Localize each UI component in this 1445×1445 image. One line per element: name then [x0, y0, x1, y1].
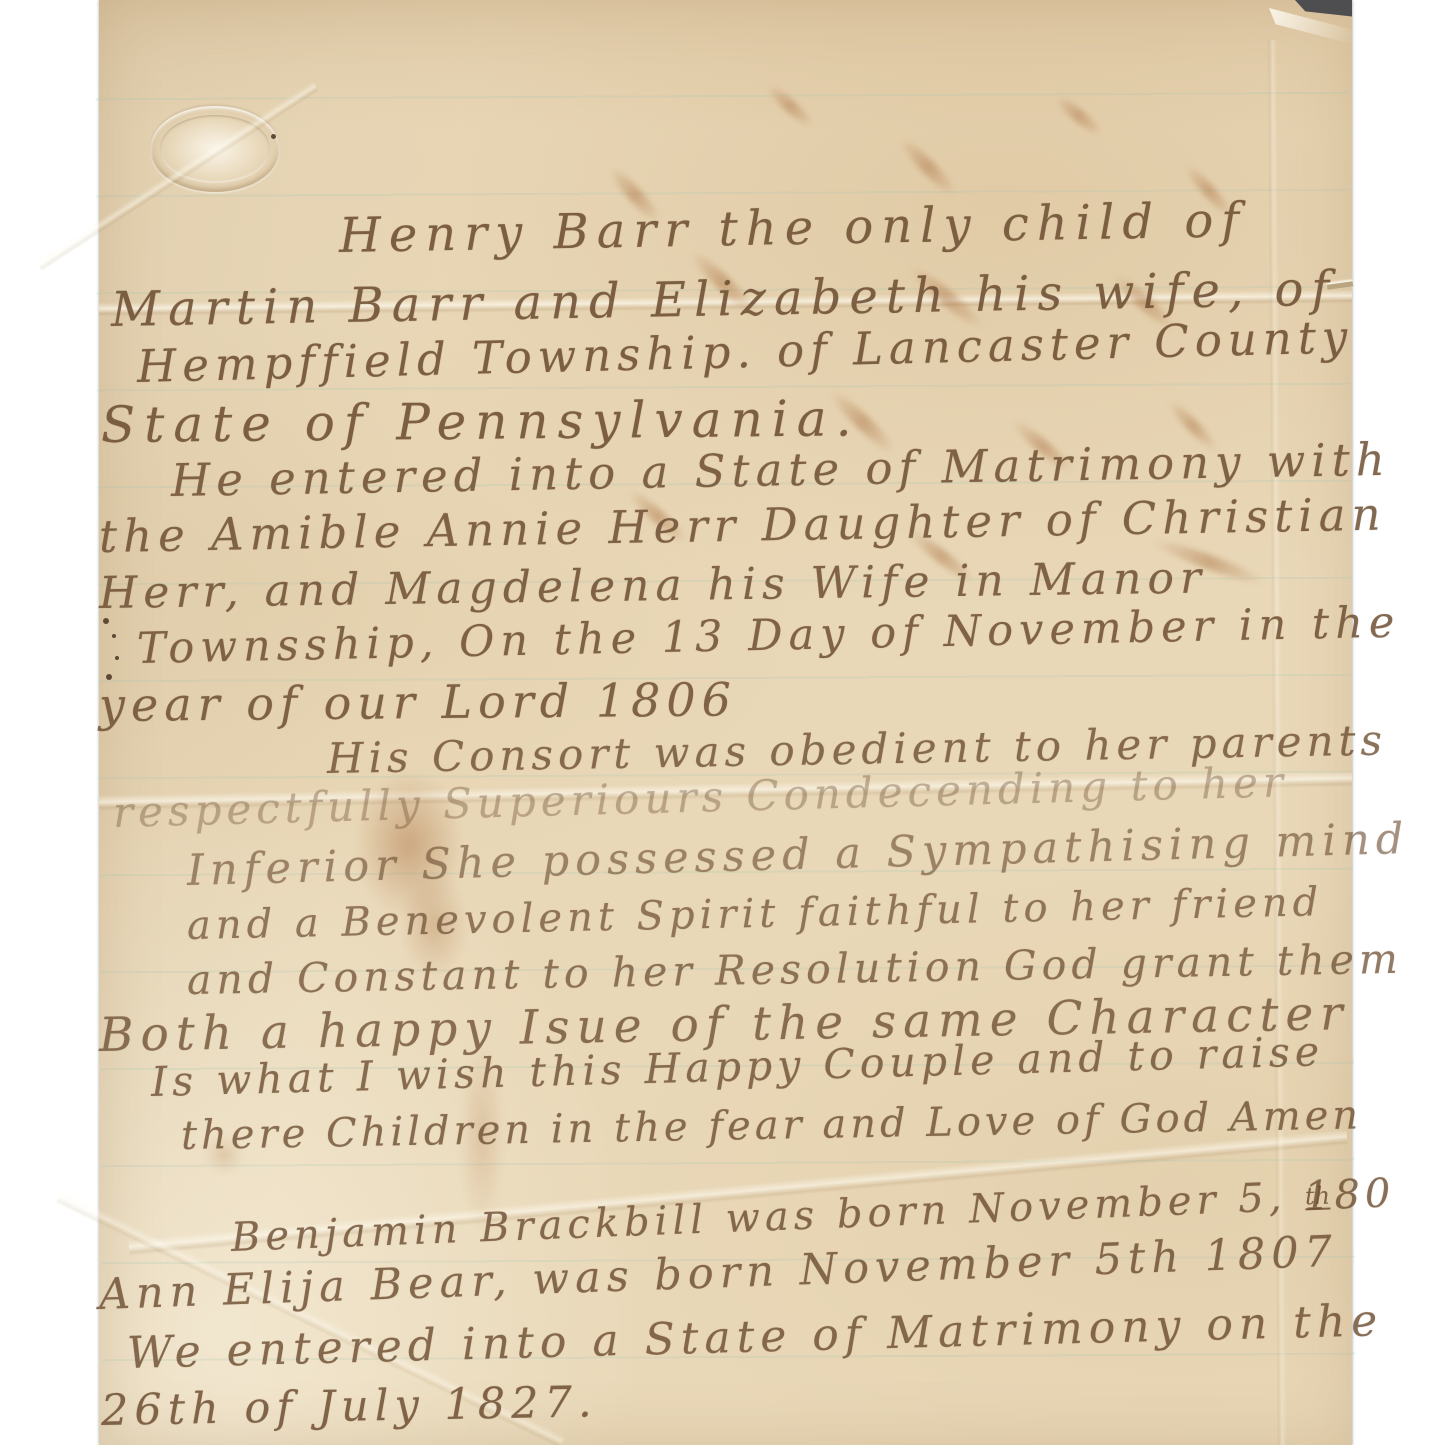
letter-paper: Henry Barr the only child of Martin Barr…	[99, 0, 1352, 1445]
handwritten-line: year of our Lord 1806	[99, 676, 737, 728]
ink-dot	[271, 134, 276, 139]
handwritten-line: and a Benevolent Spirit faithful to her …	[187, 882, 1324, 946]
ink-dot	[115, 656, 119, 660]
embossed-stamp-icon	[151, 106, 279, 192]
handwritten-line: State of Pennsylvania.	[101, 393, 861, 450]
handwritten-line: there Children in the fear and Love of G…	[181, 1095, 1363, 1156]
stamp-label	[151, 106, 279, 192]
photo-background: Henry Barr the only child of Martin Barr…	[0, 0, 1445, 1445]
ink-dot	[112, 634, 116, 638]
stain	[1052, 92, 1106, 140]
handwritten-line: Henry Barr the only child of	[339, 196, 1248, 260]
stain	[896, 134, 960, 200]
superscript-th: th	[1305, 1184, 1331, 1211]
stain	[763, 81, 817, 131]
handwritten-line: 26th of July 1827.	[101, 1381, 598, 1433]
